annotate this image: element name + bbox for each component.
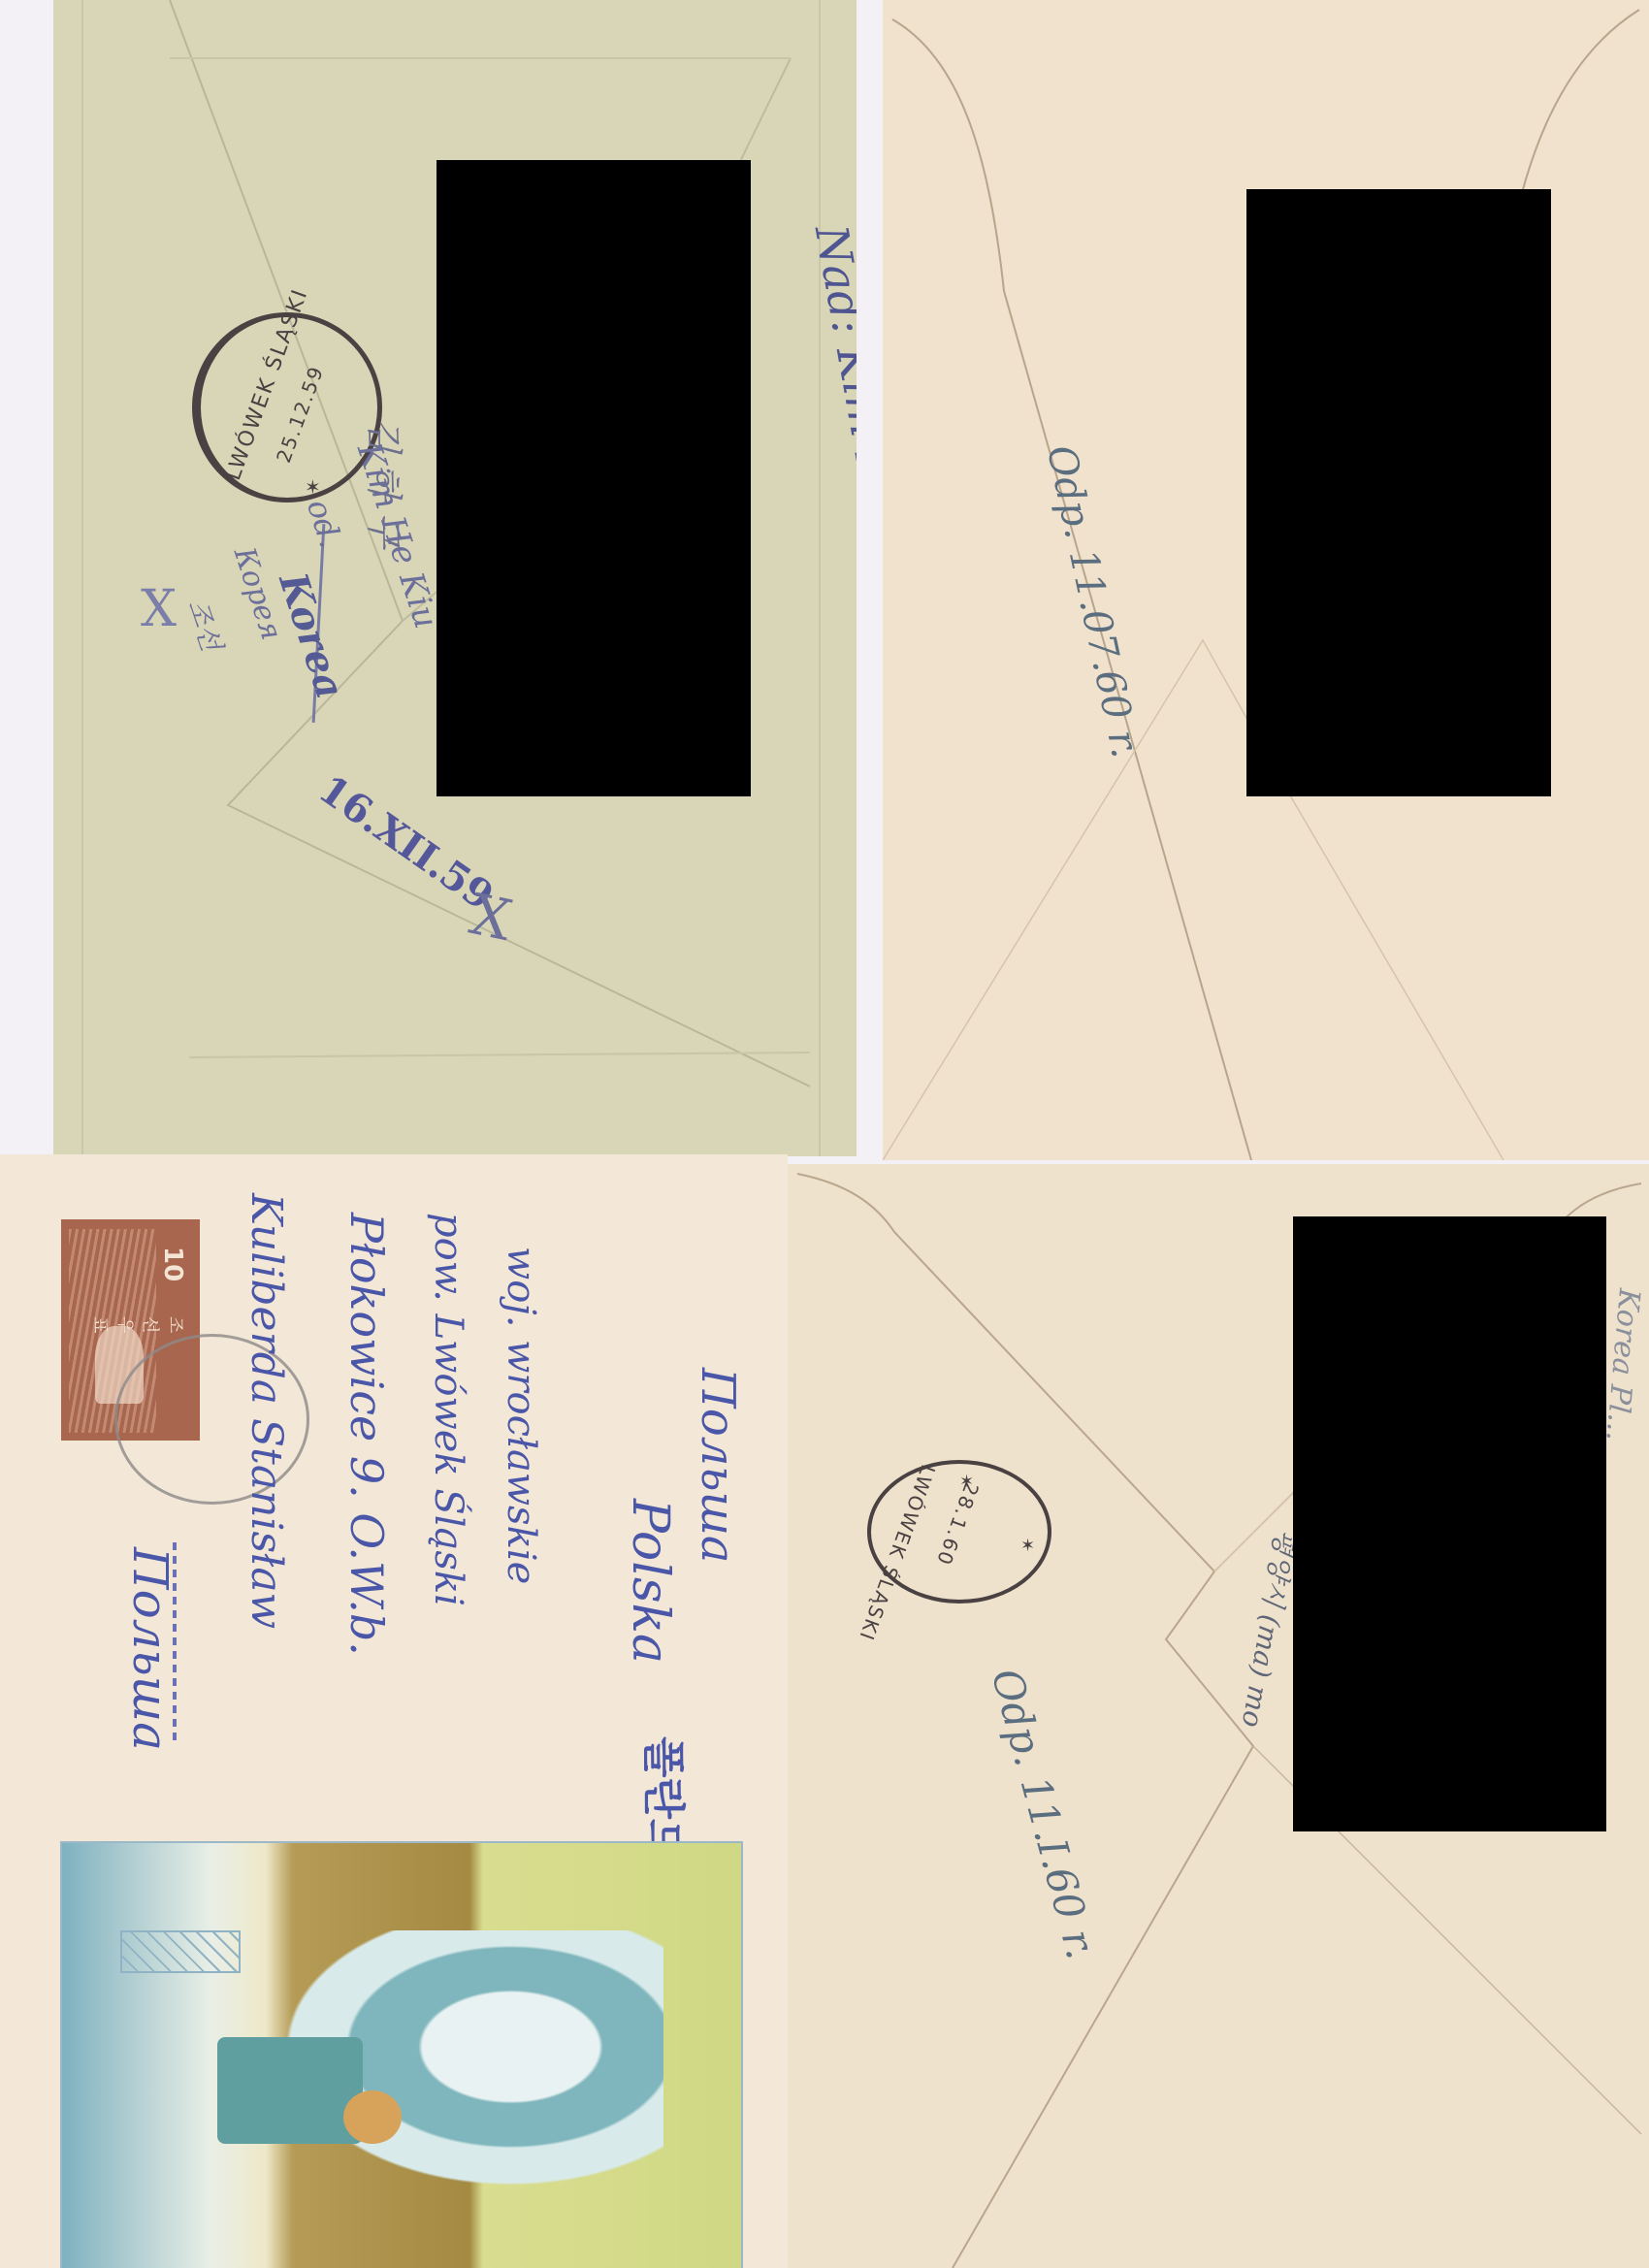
- redaction-box: [1293, 1216, 1606, 1831]
- address-line-2: Płokowice 9. O.W.b.: [340, 1213, 393, 1656]
- postmark: LWÓWEK ŚLĄSKI 28.1.60 ✶ ✶: [867, 1460, 1051, 1604]
- underline-stroke: [173, 1542, 177, 1741]
- country-ru: Польша: [691, 1368, 745, 1564]
- generator-housing: [217, 2037, 363, 2144]
- star-icon: ✶: [1020, 1536, 1035, 1556]
- stamp-label: 조선우표: [88, 1316, 189, 1333]
- star-icon: ✶: [959, 1472, 974, 1492]
- power-pylon: [120, 1930, 241, 1973]
- stamp-value: 10: [158, 1247, 187, 1281]
- envelope-back-cream-2: LWÓWEK ŚLĄSKI 28.1.60 ✶ ✶ Odp. 11.I.60 r…: [788, 1164, 1649, 2268]
- redaction-box: [436, 160, 751, 796]
- address-line-4: woj. wrocławskie: [499, 1247, 543, 1584]
- country-ru-heading: Польша: [122, 1547, 178, 1751]
- postmark: LWÓWEK ŚLĄSKI 25.12.59 ✶: [192, 312, 382, 502]
- envelope-illustration: [60, 1841, 743, 2268]
- envelope-back-grey-green: LWÓWEK ŚLĄSKI 25.12.59 ✶ 김 하 구 Kim He Ki…: [53, 0, 857, 1156]
- envelope-front: 10 조선우표 Польша Kuliberda Stanisław Płoko…: [0, 1154, 788, 2268]
- star-icon: ✶: [305, 475, 321, 499]
- cross-mark: X: [141, 580, 177, 638]
- worker-figure: [343, 2090, 402, 2144]
- address-line-1: Kuliberda Stanisław: [242, 1193, 291, 1629]
- envelope-back-cream: Odp. 11.07.60 r.: [883, 0, 1649, 1160]
- address-line-3: pow. Lwówek Śląski: [426, 1213, 470, 1606]
- redaction-box: [1246, 189, 1551, 796]
- country-pl: Polska: [621, 1499, 679, 1664]
